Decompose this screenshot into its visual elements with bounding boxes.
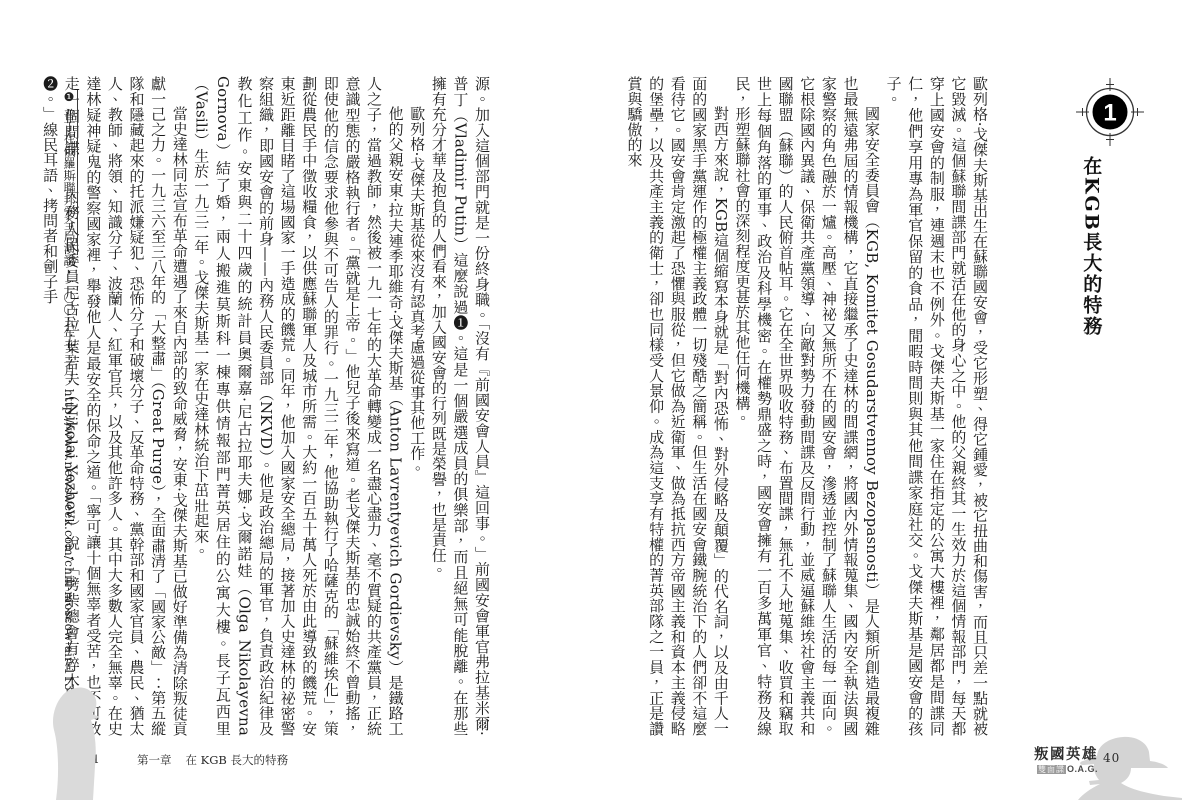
chapter-title: 在KGB長大的特務 <box>1078 156 1105 337</box>
footnote-text: 普丁在俄羅斯聯邦安全局演說，二〇〇五年十二月，http://www.newswe… <box>62 108 76 726</box>
left-running-footer: 第一章在 KGB 長大的特務 <box>137 752 288 768</box>
paragraph: 國家安全委員會（KGB, Komitet Gosudarstvennoy Bez… <box>731 76 882 736</box>
paragraph: 對西方來說，KGB這個縮寫本身就是「對內恐怖、對外侵略及顛覆」的代名詞，以及由千… <box>623 76 731 736</box>
book-title: 叛國英雄 <box>1028 748 1098 764</box>
left-page-body: 源。加入這個部門就是一份終身職。「沒有『前國安會人員』這回事。」前國安會軍官弗拉… <box>39 76 492 736</box>
chapter-number: 1 <box>1103 100 1116 127</box>
paragraph: 源。加入這個部門就是一份終身職。「沒有『前國安會人員』這回事。」前國安會軍官弗拉… <box>427 76 492 736</box>
footnote-marker: ❶ <box>62 90 76 104</box>
footnote-separator-rule <box>77 90 78 255</box>
subtitle-oag: O.A.G. <box>1067 764 1098 774</box>
book-subtitle: 雙面諜O.A.G. <box>1028 765 1098 775</box>
subtitle-badge: 雙面諜 <box>1037 765 1066 774</box>
paragraph: 歐列格·戈傑夫斯基出生在蘇聯國安會，受它形塑、得它鍾愛，被它扭曲和傷害，而且只差… <box>882 76 990 736</box>
running-chapter-title: 在 KGB 長大的特務 <box>186 753 289 767</box>
left-page-number: 41 <box>84 752 101 766</box>
right-page-number: 40 <box>1103 751 1120 765</box>
paragraph: 他的父親安東·拉夫連季耶維奇·戈傑夫斯基（Anton Lavrentyevich… <box>190 76 406 736</box>
book-title-logo: 叛國英雄 雙面諜O.A.G. <box>1028 748 1098 775</box>
chapter-number-badge: 1 <box>1075 77 1145 147</box>
chapter-label: 第一章 <box>137 753 172 767</box>
right-page-body: 歐列格·戈傑夫斯基出生在蘇聯國安會，受它形塑、得它鍾愛，被它扭曲和傷害，而且只差… <box>623 76 990 736</box>
book-spread: 1 在KGB長大的特務 歐列格·戈傑夫斯基出生在蘇聯國安會，受它形塑、得它鍾愛，… <box>0 0 1182 800</box>
paragraph: 歐列格·戈傑夫斯基從來沒有認真考慮過從事其他工作。 <box>406 76 428 736</box>
footnote: ❶普丁在俄羅斯聯邦安全局演說，二〇〇五年十二月，http://www.newsw… <box>61 90 76 732</box>
